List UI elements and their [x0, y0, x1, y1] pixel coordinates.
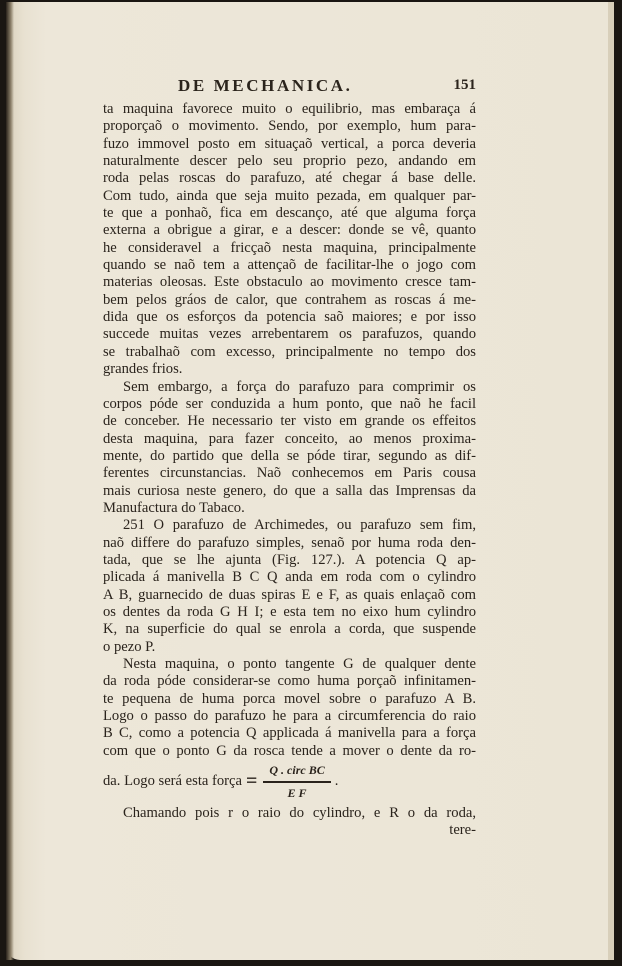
paragraph-251: 251 O parafuzo de Archimedes, ou parafuz… [103, 517, 476, 656]
page-header: DE MECHANICA. 151 [178, 76, 476, 100]
formula: da. Logo será esta força = Q . circ BC E… [103, 762, 476, 802]
text-line: grandes frios. [103, 361, 476, 378]
text-line: ta maquina favorece muito o equilibrio, … [103, 101, 476, 118]
paragraph-2: Sem embargo, a força do parafuzo para co… [103, 379, 476, 518]
fraction-denominator: E F [288, 783, 307, 802]
page-edge [608, 2, 614, 960]
text-line: mais curiosa neste genero, do que a sall… [103, 483, 476, 500]
formula-period: . [335, 773, 339, 790]
text-line: he consideravel a fricçaõ nesta maquina,… [103, 240, 476, 257]
text-line: te pequena de huma porca movel sobre o p… [103, 691, 476, 708]
fraction-numerator: Q . circ BC [263, 762, 330, 783]
formula-lead-text: da. Logo será esta força [103, 773, 242, 790]
paragraph-4: Nesta maquina, o ponto tangente G de qua… [103, 656, 476, 760]
text-line: de conceber. He necessario ter visto em … [103, 413, 476, 430]
text-line: desta maquina, para fazer conceito, ao m… [103, 431, 476, 448]
text-line: naturalmente descer pelo seu proprio pez… [103, 153, 476, 170]
text-line: B C, como a potencia Q applicada á maniv… [103, 725, 476, 742]
text-line: Com tudo, ainda que seja muito pezada, e… [103, 188, 476, 205]
text-line: mente, do partido que della se póde tira… [103, 448, 476, 465]
text-line: K, na superficie do qual se enrola a cor… [103, 621, 476, 638]
text-line: Sem embargo, a força do parafuzo para co… [103, 379, 476, 396]
text-line: A B, guarnecido de duas spiras E e F, as… [103, 587, 476, 604]
catchword: tere- [103, 822, 476, 839]
text-line: Logo o passo do parafuzo he para a circu… [103, 708, 476, 725]
text-line: externa a obrigue a girar, e a descer: d… [103, 222, 476, 239]
text-line: Manufactura do Tabaco. [103, 500, 476, 517]
text-line: com que o ponto G da rosca tende a mover… [103, 743, 476, 760]
text-line: naõ differe do parafuzo simples, senaõ p… [103, 535, 476, 552]
text-line: 251 O parafuzo de Archimedes, ou parafuz… [103, 517, 476, 534]
equals-sign: = [246, 773, 257, 790]
text-line: tada, que se lhe ajunta (Fig. 127.). A p… [103, 552, 476, 569]
text-line: Chamando pois r o raio do cylindro, e R … [103, 805, 476, 822]
paragraph-5: Chamando pois r o raio do cylindro, e R … [103, 805, 476, 822]
text-line: bem pelos gráos de calor, que contrahem … [103, 292, 476, 309]
text-line: da roda póde considerar-se como huma por… [103, 673, 476, 690]
book-page: DE MECHANICA. 151 ta maquina favorece mu… [6, 2, 614, 960]
page-number: 151 [454, 77, 477, 94]
text-line: Nesta maquina, o ponto tangente G de qua… [103, 656, 476, 673]
text-line: o pezo P. [103, 639, 476, 656]
text-line: plicada á manivella B C Q anda em roda c… [103, 569, 476, 586]
text-line: corpos póde ser conduzida a hum ponto, q… [103, 396, 476, 413]
text-line: materias oleosas. Este obstaculo ao movi… [103, 274, 476, 291]
text-line: se trabalhaõ com excesso, principalmente… [103, 344, 476, 361]
text-line: te que a ponhaõ, fica em descanço, até q… [103, 205, 476, 222]
text-line: dida que os esforços da potencia saõ mai… [103, 309, 476, 326]
gutter-shadow [6, 2, 14, 960]
fraction: Q . circ BC E F [263, 762, 330, 803]
text-line: succede muitas vezes arrebentarem os par… [103, 326, 476, 343]
text-line: fuzo immovel posto em situaçaõ vertical,… [103, 136, 476, 153]
text-line: proporçaõ o movimento. Sendo, por exempl… [103, 118, 476, 135]
text-line: roda pelas roscas do parafuzo, até chega… [103, 170, 476, 187]
paragraph-1: ta maquina favorece muito o equilibrio, … [103, 101, 476, 379]
text-line: ferentes circunstancias. Naõ conhecemos … [103, 465, 476, 482]
body-text: ta maquina favorece muito o equilibrio, … [103, 101, 476, 840]
text-line: os dentes da roda G H I; e esta tem no e… [103, 604, 476, 621]
text-line: quando se naõ tem a attençaõ de facilita… [103, 257, 476, 274]
running-title: DE MECHANICA. [178, 76, 353, 96]
